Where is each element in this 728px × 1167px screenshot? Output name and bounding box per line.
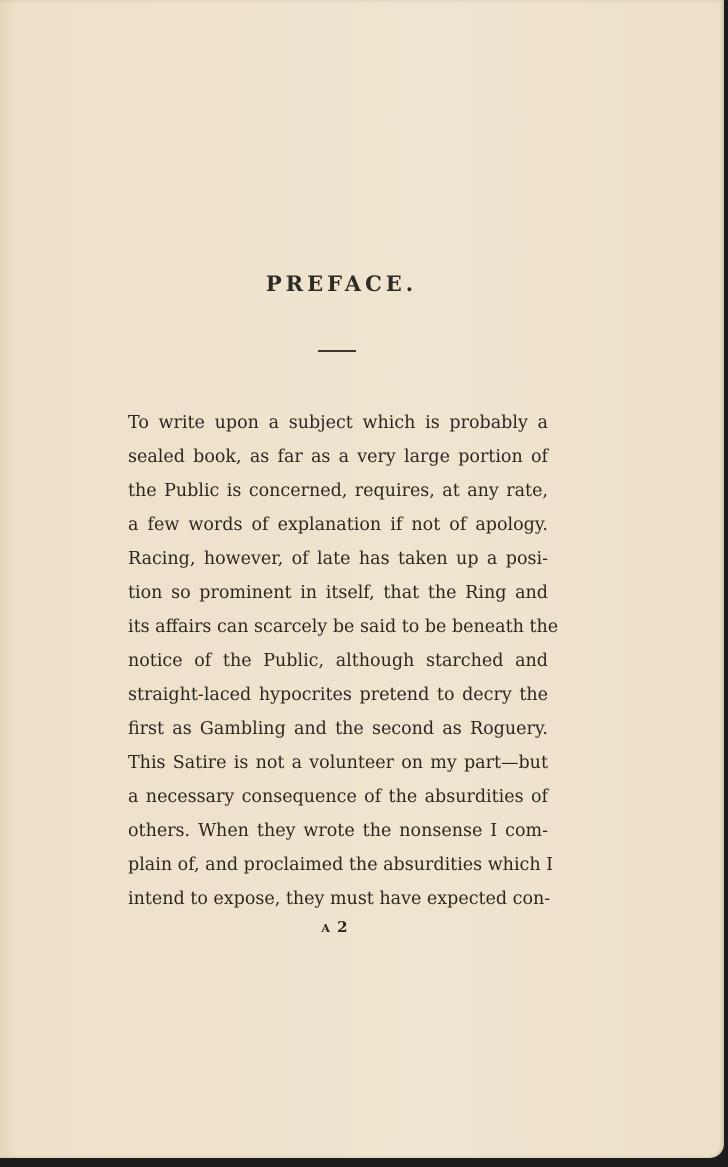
signature-letter: A (321, 922, 331, 935)
text-line: the Public is concerned, requires, at an… (128, 474, 548, 508)
signature-mark: A 2 (0, 918, 670, 936)
page-heading: PREFACE. (0, 271, 683, 296)
signature-number: 2 (337, 918, 348, 936)
preface-paragraph: To write upon a subject which is probabl… (128, 406, 548, 916)
book-page: PREFACE. To write upon a subject which i… (0, 0, 724, 1158)
text-line: straight-laced hypocrites pretend to dec… (128, 678, 548, 712)
text-line: intend to expose, they must have expecte… (128, 882, 548, 916)
text-line: its affairs can scarcely be said to be b… (128, 610, 548, 644)
text-line: tion so prominent in itself, that the Ri… (128, 576, 548, 610)
text-line: This Satire is not a volunteer on my par… (128, 746, 548, 780)
text-line: Racing, however, of late has taken up a … (128, 542, 548, 576)
text-line: plain of, and proclaimed the absurdities… (128, 848, 548, 882)
text-line: others. When they wrote the nonsense I c… (128, 814, 548, 848)
text-line: a few words of explanation if not of apo… (128, 508, 548, 542)
text-line: a necessary consequence of the absurditi… (128, 780, 548, 814)
text-line: sealed book, as far as a very large port… (128, 440, 548, 474)
text-line: To write upon a subject which is probabl… (128, 406, 548, 440)
decorative-rule (318, 350, 356, 352)
text-line: notice of the Public, although starched … (128, 644, 548, 678)
text-line: first as Gambling and the second as Rogu… (128, 712, 548, 746)
